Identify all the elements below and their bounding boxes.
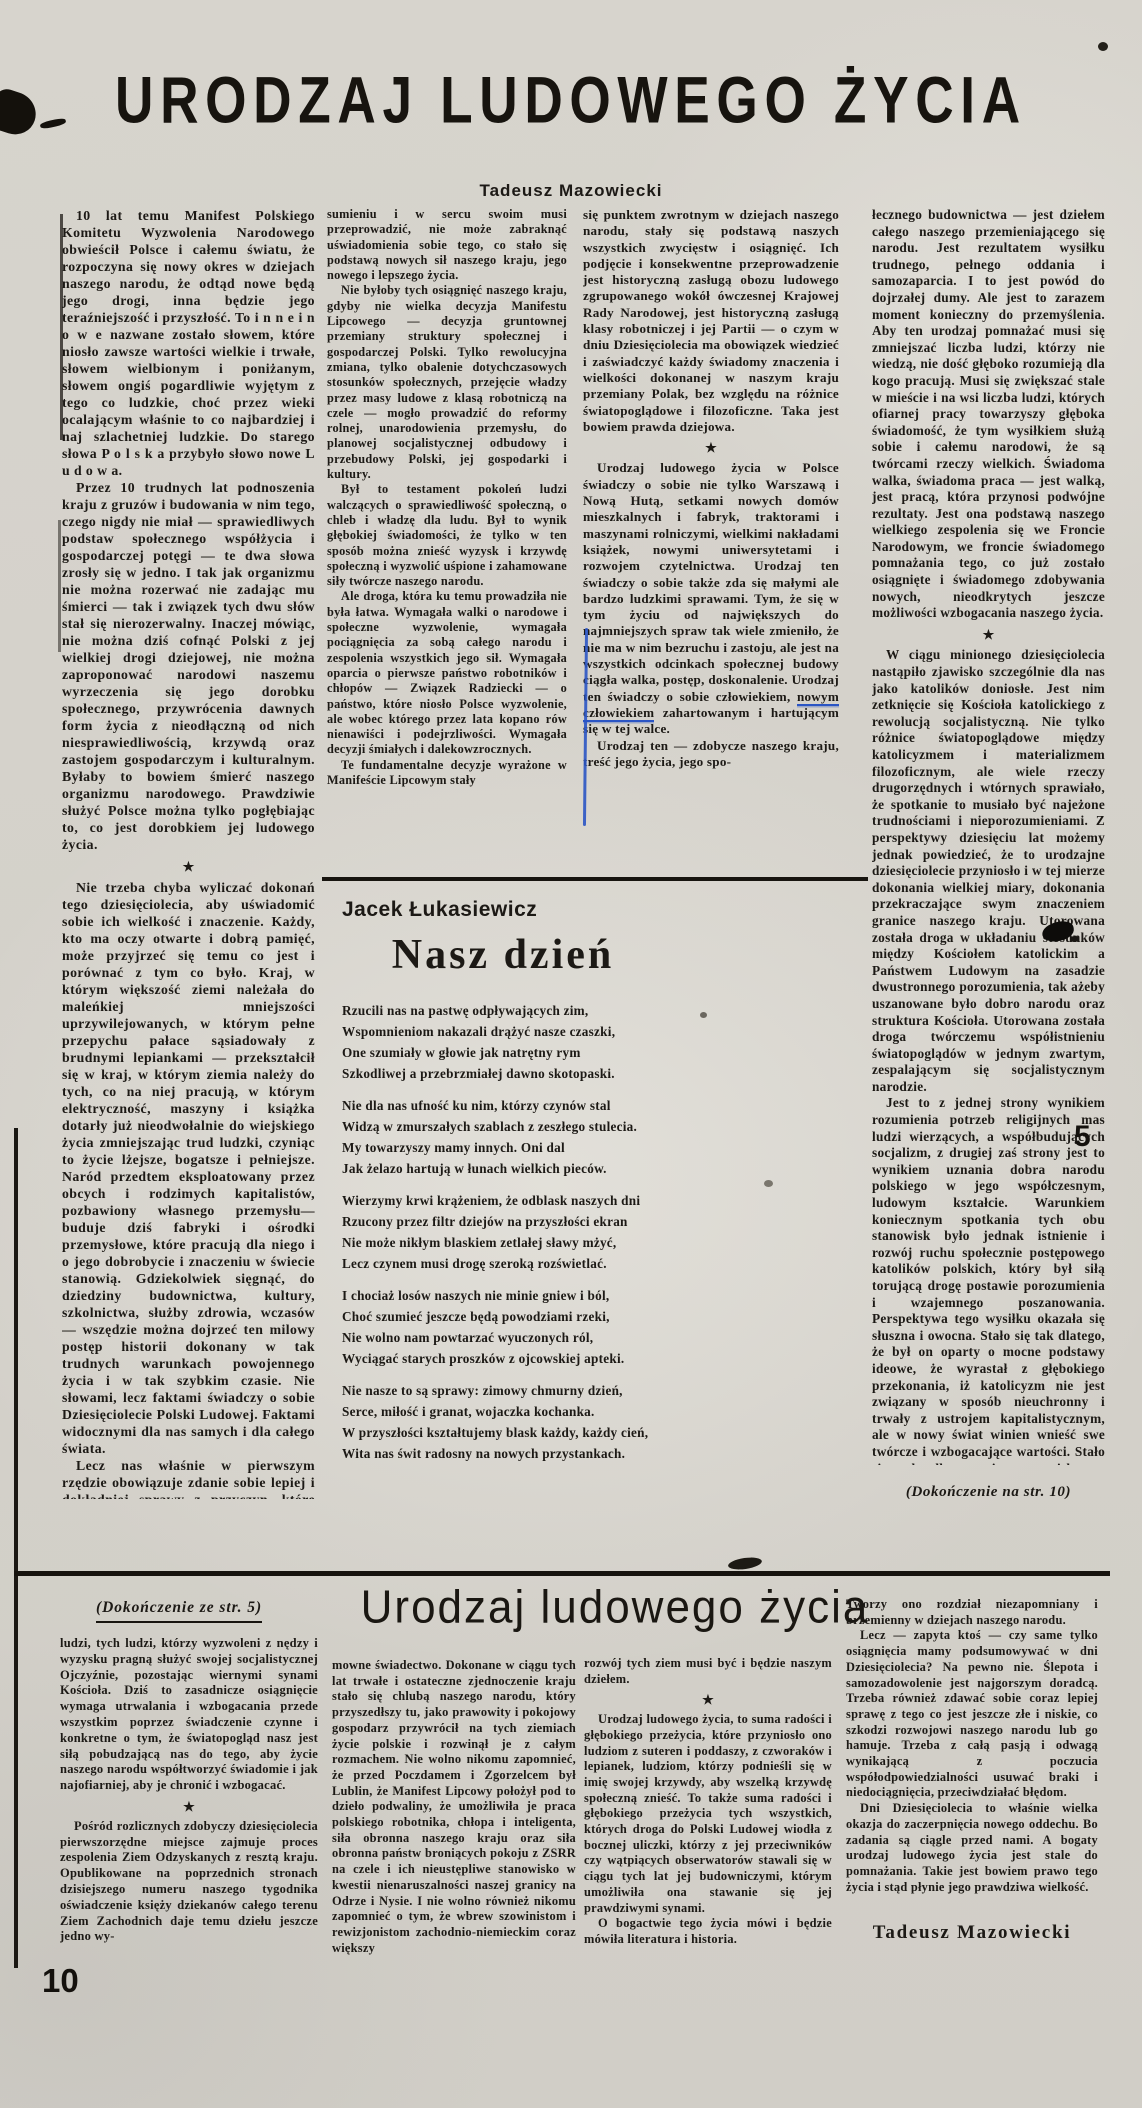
column-1: 10 lat temu Manifest Polskiego Komitetu … [62,207,315,1499]
section-star: ★ [584,1692,832,1708]
poem-author: Jacek Łukasiewicz [342,898,668,922]
paragraph: Nie byłoby tych osiągnięć naszego kraju,… [327,283,567,482]
poem-line: Wspomnieniom nakazali drążyć nasze czasz… [342,1021,668,1042]
column-4: łecznego budownictwa — jest dziełem całe… [872,207,1105,1465]
paragraph: ludzi, tych ludzi, którzy wyzwoleni z nę… [60,1636,318,1794]
section-star: ★ [583,440,839,456]
scan-speck [700,1012,707,1018]
poem-line: I chociaż losów naszych nie minie gniew … [342,1285,668,1306]
poem-line: W przyszłości kształtujemy blask każdy, … [342,1422,668,1443]
article-byline: Tadeusz Mazowiecki [0,181,1142,201]
poem-stanza: Rzucili nas na pastwę odpływających zim,… [342,1000,668,1084]
paragraph: łecznego budownictwa — jest dziełem całe… [872,207,1105,622]
section-divider-rule [14,1571,1110,1576]
paragraph: rozwój tych ziem musi być i będzie naszy… [584,1656,832,1687]
newspaper-page-scan: URODZAJ LUDOWEGO ŻYCIA Tadeusz Mazowieck… [0,0,1142,2108]
poem-line: Nie dla nas ufność ku nim, którzy czynów… [342,1095,668,1116]
column-3: się punktem zwrotnym w dziejach naszego … [583,207,839,871]
paragraph: sumieniu i w sercu swoim musi przeprowad… [327,207,567,283]
page-number-10: 10 [42,1962,79,2000]
bottom-column-3: rozwój tych ziem musi być i będzie naszy… [584,1656,832,1956]
poem-title: Nasz dzień [338,932,668,978]
paragraph-text: Urodzaj ludowego życia w Polsce świadczy… [583,460,839,703]
poem-line: Widzą w zmurszałych szablach z zeszłego … [342,1116,668,1137]
horizontal-rule [322,877,868,881]
poem-stanza: Wierzymy krwi krążeniem, że odblask nasz… [342,1190,668,1274]
paragraph: Przez 10 trudnych lat podnoszenia kraju … [62,479,315,853]
paragraph: Urodzaj ludowego życia, to suma radości … [584,1712,832,1916]
page-number-5: 5 [1074,1120,1091,1154]
poem-line: My towarzyszy mamy innych. Oni dal [342,1137,668,1158]
continued-on-note: (Dokończenie na str. 10) [872,1484,1105,1501]
poem-line: Wita nas świt radosny na nowych przystan… [342,1443,668,1464]
ink-blot [1070,936,1079,942]
paragraph: Te fundamentalne decyzje wyrażone w Mani… [327,758,567,789]
section-star: ★ [872,627,1105,644]
paragraph-with-pen-underline: Urodzaj ludowego życia w Polsce świadczy… [583,460,839,737]
poem-line: One szumiały w głowie jak natrętny rym [342,1042,668,1063]
paragraph: Jest to z jednej strony wynikiem rozumie… [872,1095,1105,1465]
poem-stanza: Nie dla nas ufność ku nim, którzy czynów… [342,1095,668,1179]
column-2: sumieniu i w sercu swoim musi przeprowad… [327,207,567,867]
paragraph: Urodzaj ten — zdobycze naszego kraju, tr… [583,738,839,771]
poem-line: Jak żelazo hartują w łunach wielkich pie… [342,1158,668,1179]
scan-speck [764,1180,773,1187]
poem-line: Szkodliwej a przebrzmiałej dawno skotopa… [342,1063,668,1084]
bottom-column-1: ludzi, tych ludzi, którzy wyzwoleni z nę… [60,1636,318,1972]
poem-line: Serce, miłość i granat, wojaczka kochank… [342,1401,668,1422]
poem-line: Rzucili nas na pastwę odpływających zim, [342,1000,668,1021]
poem-block: Jacek Łukasiewicz Nasz dzień Rzucili nas… [338,898,668,1475]
paragraph: Lecz nas właśnie w pierwszym rzędzie obo… [62,1457,315,1499]
paragraph: Lecz — zapyta ktoś — czy same tylko osią… [846,1628,1098,1801]
continuation-title: Urodzaj ludowego życia [361,1582,870,1633]
poem-stanza: I chociaż losów naszych nie minie gniew … [342,1285,668,1369]
paragraph: mowne świadectwo. Dokonane w ciągu tych … [332,1658,576,1956]
paragraph: 10 lat temu Manifest Polskiego Komitetu … [62,207,315,479]
paragraph: O bogactwie tego życia mówi i będzie mów… [584,1916,832,1947]
author-signature: Tadeusz Mazowiecki [846,1922,1098,1944]
bottom-column-4: Tworzy ono rozdział niezapomniany i brze… [846,1597,1098,1915]
article-title: URODZAJ LUDOWEGO ŻYCIA [115,67,1027,133]
page-edge-rule [14,1128,18,1968]
column-margin-rule [58,520,61,652]
section-star: ★ [62,858,315,875]
poem-line: Nie może nikłym blaskiem zetlałej sławy … [342,1232,668,1253]
scan-speck [1098,42,1108,51]
paragraph: Był to testament pokoleń ludzi walczącyc… [327,482,567,589]
paragraph: Dni Dziesięciolecia to właśnie wielka ok… [846,1801,1098,1895]
paragraph: W ciągu minionego dziesięciolecia nastąp… [872,647,1105,1095]
section-star: ★ [60,1799,318,1815]
poem-stanzas: Rzucili nas na pastwę odpływających zim,… [338,1000,668,1464]
poem-line: Nie wolno nam powtarzać wyuczonych ról, [342,1327,668,1348]
poem-stanza: Nie nasze to są sprawy: zimowy chmurny d… [342,1380,668,1464]
continued-from-note: (Dokończenie ze str. 5) [96,1599,262,1623]
poem-line: Lecz czynem musi drogę szeroką rozświetl… [342,1253,668,1274]
poem-line: Wyciągać starych proszków z ojcowskiej a… [342,1348,668,1369]
bottom-column-2: mowne świadectwo. Dokonane w ciągu tych … [332,1658,576,2002]
poem-line: Rzucony przez filtr dziejów na przyszłoś… [342,1211,668,1232]
paragraph: się punktem zwrotnym w dziejach naszego … [583,207,839,435]
paragraph: Ale droga, która ku temu prowadziła nie … [327,589,567,757]
scan-artifact-blob [727,1556,762,1572]
poem-line: Nie nasze to są sprawy: zimowy chmurny d… [342,1380,668,1401]
paragraph: Pośród rozlicznych zdobyczy dziesięciole… [60,1819,318,1945]
paragraph: Nie trzeba chyba wyliczać dokonań tego d… [62,879,315,1457]
poem-line: Choć szumieć jeszcze będą powodziami rze… [342,1306,668,1327]
poem-line: Wierzymy krwi krążeniem, że odblask nasz… [342,1190,668,1211]
paragraph: Tworzy ono rozdział niezapomniany i brze… [846,1597,1098,1628]
